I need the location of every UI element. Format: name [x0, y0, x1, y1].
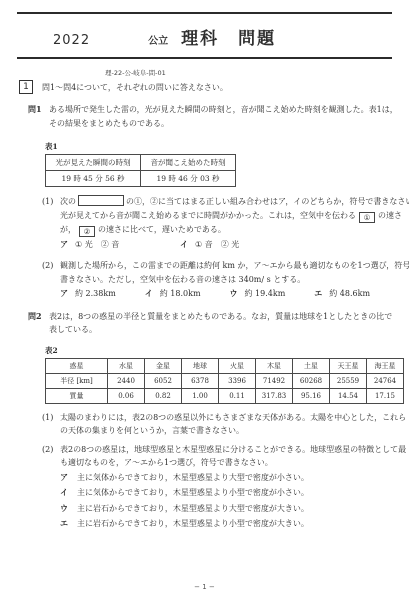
table1-header-light-time: 光が見えた瞬間の時刻 — [46, 155, 141, 171]
page-title: 理科 問題 — [181, 24, 276, 49]
planet-radius: 6378 — [182, 373, 219, 388]
question1-sub1-line1: 次のの①，②に当てはまる正しい組み合わせはア，イのどちらか，符号で書きなさい。 — [60, 195, 399, 209]
answer-fill-box — [78, 195, 124, 206]
sub1-body-tail: の速さ — [378, 211, 402, 220]
planet-radius: 25559 — [330, 373, 367, 388]
option-a: ア① 光 ② 音 — [60, 238, 180, 252]
planet-name: 水星 — [108, 358, 145, 373]
table-row: 質量 0.06 0.82 1.00 0.11 317.83 95.16 14.5… — [46, 388, 404, 403]
question1-sub1: (1) 次のの①，②に当てはまる正しい組み合わせはア，イのどちらか，符号で書きな… — [42, 195, 399, 251]
question1-sub1-options: ア① 光 ② 音 イ① 音 ② 光 — [60, 238, 399, 252]
planet-radius: 6052 — [145, 373, 182, 388]
option-c: ウ主に岩石からできており，木星型惑星より大型で密度が大きい。 — [60, 501, 399, 517]
table-row: 惑星 水星 金星 地球 火星 木星 土星 天王星 海王星 — [46, 358, 404, 373]
question1-sub2-options: ア約 2.38km イ約 18.0km ウ約 19.4km エ約 48.6km — [60, 287, 399, 301]
planet-mass: 317.83 — [256, 388, 293, 403]
option-b-text: 約 18.0km — [160, 289, 201, 298]
exam-year: 2022 — [53, 33, 90, 48]
table2-caption: 表2 — [45, 345, 409, 356]
table1-value-light-time: 19 時 45 分 56 秒 — [46, 171, 141, 187]
table2-rowheader-mass: 質量 — [46, 388, 108, 403]
question2-sub2-label: (2) — [42, 443, 53, 457]
table1-caption: 表1 — [45, 141, 409, 152]
question1-intro-line1: ある場所で発生した雷の，光が見えた瞬間の時刻と，音が聞こえ始めた時刻を観測した。… — [49, 103, 395, 117]
table-row: 半径 [km] 2440 6052 6378 3396 71492 60268 … — [46, 373, 404, 388]
planet-mass: 0.82 — [145, 388, 182, 403]
table-row: 19 時 45 分 56 秒 19 時 46 分 03 秒 — [46, 171, 236, 187]
planet-radius: 71492 — [256, 373, 293, 388]
question2-sub1-line1: 太陽のまわりには，表2の8つの惑星以外にもさまざまな天体がある。太陽を中心とした… — [60, 411, 399, 425]
planet-mass: 17.15 — [367, 388, 404, 403]
question2-sub1-line2: の天体の集まりを何というか，言葉で書きなさい。 — [60, 424, 399, 438]
planet-radius: 24764 — [367, 373, 404, 388]
option-a-label: ア — [60, 470, 68, 486]
question2-sub2-options: ア主に気体からできており，木星型惑星より大型で密度が小さい。 イ主に気体からでき… — [60, 470, 399, 532]
option-c-label: ウ — [230, 288, 238, 298]
question2-intro: 問2 表2は，8つの惑星の半径と質量をまとめたものである。なお，質量は地球を1と… — [28, 310, 395, 337]
question1-sub2-label: (2) — [42, 259, 53, 273]
planet-mass: 95.16 — [293, 388, 330, 403]
page-header: 2022 公立 理科 問題 — [17, 12, 392, 59]
table1-value-sound-time: 19 時 46 分 03 秒 — [141, 171, 236, 187]
option-d-text: 約 48.6km — [329, 289, 370, 298]
option-d-label: エ — [314, 288, 322, 298]
planet-name: 火星 — [219, 358, 256, 373]
question1-intro: 問1 ある場所で発生した雷の，光が見えた瞬間の時刻と，音が聞こえ始めた時刻を観測… — [28, 103, 395, 130]
option-a-text: 主に気体からできており，木星型惑星より大型で密度が小さい。 — [77, 473, 309, 482]
option-c-label: ウ — [60, 501, 68, 517]
sub1-line3-tail: の速さに比べて，遅いためである。 — [98, 225, 226, 234]
option-d: エ主に岩石からできており，木星型惑星より小型で密度が大きい。 — [60, 516, 399, 532]
sub1-line3-head: が， — [60, 225, 76, 234]
sub1-body-text: 光が見えてから音が聞こえ始めるまでに時間がかかった。これは，空気中を伝わる — [60, 211, 356, 220]
table1-header-sound-time: 音が聞こえ始めた時刻 — [141, 155, 236, 171]
question1-label: 問1 — [28, 103, 42, 117]
planet-radius: 60268 — [293, 373, 330, 388]
question2-label: 問2 — [28, 310, 42, 324]
sub1-text-before-box: 次の — [60, 197, 76, 206]
option-d-text: 主に岩石からできており，木星型惑星より小型で密度が大きい。 — [77, 519, 309, 528]
table2-rowheader-radius: 半径 [km] — [46, 373, 108, 388]
document-code: 理-22-公-岐阜-問-01 — [105, 68, 409, 77]
option-a: ア主に気体からできており，木星型惑星より大型で密度が小さい。 — [60, 470, 399, 486]
planet-mass: 1.00 — [182, 388, 219, 403]
planet-name: 金星 — [145, 358, 182, 373]
question2-sub1-label: (1) — [42, 411, 53, 425]
question2-sub2-line2: も適切なものを，ア～エから1つ選び，符号で書きなさい。 — [60, 456, 399, 470]
question2-sub2-line1: 表2の8つの惑星は，地球型惑星と木星型惑星に分けることができる。地球型惑星の特徴… — [60, 443, 399, 457]
section-instruction: 問1～問4について，それぞれの問いに答えなさい。 — [42, 82, 228, 93]
question1-sub2-line1: 観測した場所から，この雷までの距離は約何 km か，ア～エから最も適切なものを1… — [60, 259, 399, 273]
option-a-text: ① 光 ② 音 — [75, 240, 119, 249]
option-a: ア約 2.38km — [60, 287, 145, 301]
question1-sub2-line2: 書きなさい。ただし，空気中を伝わる音の速さは 340m/ s とする。 — [60, 273, 399, 287]
option-c-text: 主に岩石からできており，木星型惑星より大型で密度が大きい。 — [77, 504, 309, 513]
option-c-text: 約 19.4km — [245, 289, 286, 298]
planet-radius: 2440 — [108, 373, 145, 388]
blank-box-1: ① — [359, 212, 375, 223]
planet-mass: 0.06 — [108, 388, 145, 403]
section-number-box: 1 — [19, 80, 33, 94]
option-b-text: ① 音 ② 光 — [195, 240, 239, 249]
option-c: ウ約 19.4km — [230, 287, 315, 301]
exam-category: 公立 — [148, 32, 168, 47]
page-number: − 1 − — [0, 583, 409, 591]
exam-paper-page: 2022 公立 理科 問題 理-22-公-岐阜-問-01 1 問1～問4について… — [0, 0, 409, 600]
option-b: イ① 音 ② 光 — [180, 238, 300, 252]
planet-name: 海王星 — [367, 358, 404, 373]
question2-sub1: (1) 太陽のまわりには，表2の8つの惑星以外にもさまざまな天体がある。太陽を中… — [42, 411, 399, 438]
option-a-label: ア — [60, 239, 68, 249]
question2-intro-line2: 表している。 — [49, 323, 395, 337]
question1-sub1-label: (1) — [42, 195, 53, 209]
option-a-label: ア — [60, 288, 68, 298]
planet-mass: 0.11 — [219, 388, 256, 403]
planet-name: 木星 — [256, 358, 293, 373]
question2-intro-line1: 表2は，8つの惑星の半径と質量をまとめたものである。なお，質量は地球を1としたと… — [49, 310, 395, 324]
option-b-text: 主に気体からできており，木星型惑星より小型で密度が小さい。 — [77, 488, 309, 497]
question1-sub1-line3: が，②の速さに比べて，遅いためである。 — [60, 223, 399, 237]
option-b: イ約 18.0km — [145, 287, 230, 301]
option-b-label: イ — [180, 239, 188, 249]
option-b-label: イ — [145, 288, 153, 298]
question1-intro-line2: その結果をまとめたものである。 — [49, 117, 395, 131]
table-1: 光が見えた瞬間の時刻 音が聞こえ始めた時刻 19 時 45 分 56 秒 19 … — [45, 154, 236, 187]
option-d: エ約 48.6km — [314, 287, 399, 301]
section-heading: 1 問1～問4について，それぞれの問いに答えなさい。 — [19, 80, 409, 94]
planet-mass: 14.54 — [330, 388, 367, 403]
option-b-label: イ — [60, 485, 68, 501]
option-b: イ主に気体からできており，木星型惑星より小型で密度が小さい。 — [60, 485, 399, 501]
sub1-text-after-box: の①，②に当てはまる正しい組み合わせはア，イのどちらか，符号で書きなさい。 — [126, 197, 409, 206]
table-2: 惑星 水星 金星 地球 火星 木星 土星 天王星 海王星 半径 [km] 244… — [45, 358, 404, 404]
planet-name: 地球 — [182, 358, 219, 373]
option-d-label: エ — [60, 516, 68, 532]
planet-name: 天王星 — [330, 358, 367, 373]
planet-radius: 3396 — [219, 373, 256, 388]
question2-sub2: (2) 表2の8つの惑星は，地球型惑星と木星型惑星に分けることができる。地球型惑… — [42, 443, 399, 532]
table-row: 光が見えた瞬間の時刻 音が聞こえ始めた時刻 — [46, 155, 236, 171]
blank-box-2: ② — [79, 226, 95, 237]
option-a-text: 約 2.38km — [75, 289, 116, 298]
planet-name: 土星 — [293, 358, 330, 373]
question1-sub2: (2) 観測した場所から，この雷までの距離は約何 km か，ア～エから最も適切な… — [42, 259, 399, 301]
question1-sub1-line2: 光が見えてから音が聞こえ始めるまでに時間がかかった。これは，空気中を伝わる①の速… — [60, 209, 399, 223]
table2-rowheader-planet: 惑星 — [46, 358, 108, 373]
